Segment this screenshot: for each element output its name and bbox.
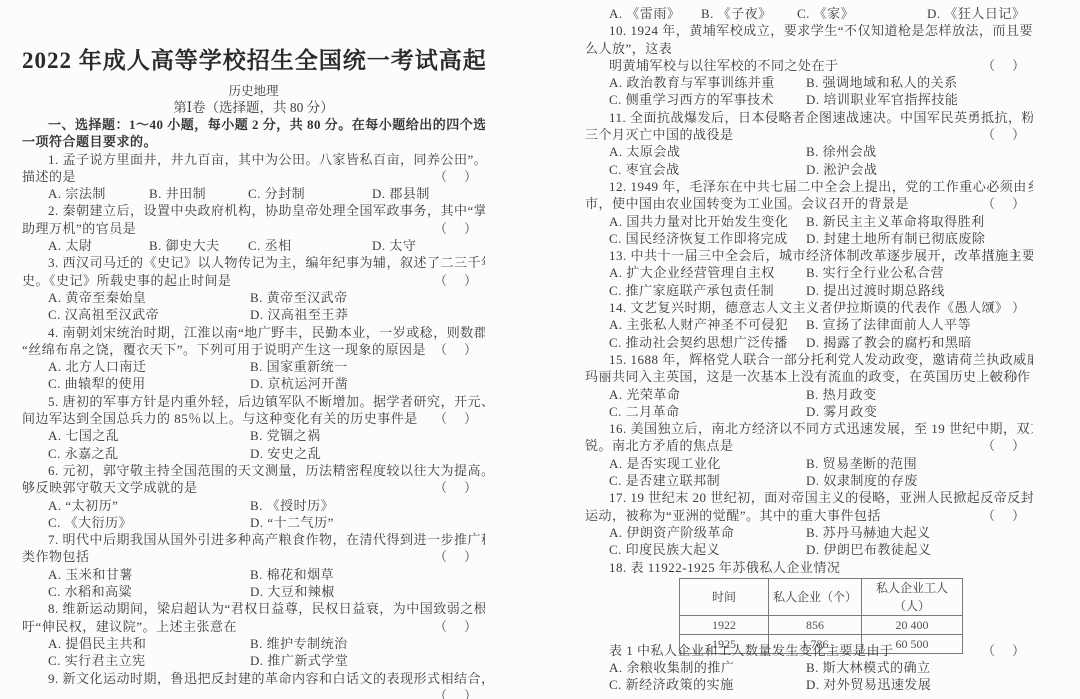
option-b: D. 培训职业军官指挥技能 — [806, 91, 958, 108]
option-a: A. 北方人口南迁 — [48, 358, 250, 375]
answer-bracket: （ ） — [434, 272, 479, 289]
left-questions: 1. 孟子说方里面井，井九百亩，其中为公田。八家皆私百亩，同养公田”。上述内容描… — [22, 151, 485, 699]
question-text: 5. 唐初的军事方针是内重外轻，后边镇军队不断增加。据学者研究，开元、天宝年 — [48, 394, 485, 409]
option-b: B. 黄帝至汉武帝 — [250, 289, 348, 306]
options-row: A. “太初历”B. 《授时历》 — [22, 497, 485, 514]
option-a: A. 黄帝至秦始皇 — [48, 289, 250, 306]
option-a: C. 印度民族大起义 — [609, 541, 806, 558]
option-b: B. 新民主主义革命将取得胜利 — [806, 213, 985, 230]
question-line: 1. 孟子说方里面井，井九百亩，其中为公田。八家皆私百亩，同养公田”。上述内容 — [22, 151, 485, 168]
question-line: 13. 中共十一届三中全会后，城市经济体制改革逐步展开，改革措施主要包括（ ） — [585, 247, 1033, 264]
question-line: 明黄埔军校与以往军校的不同之处在于（ ） — [585, 57, 1033, 74]
table-row: 192285620 400 — [680, 615, 963, 634]
option-b: D. 汉高祖至王莽 — [250, 306, 348, 323]
question-continuation-line: 么人放”，这表 — [585, 40, 1033, 57]
option-a: C. 新经济政策的实施 — [609, 676, 806, 693]
question-continuation-line: 间边军达到全国总兵力的 85％以上。与这种变化有关的历史事件是（ ） — [22, 410, 485, 427]
option-a: A. 国共力量对比开始发生变化 — [609, 213, 806, 230]
question-continuation-line: 玛丽共同入主英国，这是一次基本上没有流血的政变，在英国历史上被称作（ ） — [585, 368, 1033, 385]
question-18-table-wrap: 时间私人企业（个）私人企业工人（人）192285620 40019251 786… — [585, 576, 1033, 642]
option-d: D. 太守 — [372, 237, 416, 254]
question-text: 类作物包括 — [22, 549, 90, 564]
option-b: D. 揭露了教会的腐朽和黑暗 — [806, 334, 972, 351]
option-b: B. 维护专制统治 — [250, 635, 348, 652]
answer-bracket: （ ） — [434, 341, 479, 358]
option-a: A. 余粮收集制的推广 — [609, 659, 806, 676]
option-d: D. 郡县制 — [372, 185, 430, 202]
question-text: 1. 孟子说方里面井，井九百亩，其中为公田。八家皆私百亩，同养公田”。上述内容 — [48, 152, 485, 167]
answer-bracket: （ ） — [982, 368, 1027, 385]
option-b: B. 实行全行业公私合营 — [806, 264, 944, 281]
option-b: B. 宣扬了法律面前人人平等 — [806, 316, 971, 333]
question-continuation-line: 运动，被称为“亚洲的觉醒”。其中的重大事件包括（ ） — [585, 507, 1033, 524]
option-a: A. 光荣革命 — [609, 386, 806, 403]
answer-bracket: （ ） — [982, 642, 1027, 659]
instructions-line-2: 一项符合题目要求的。 — [22, 133, 485, 150]
instructions-line-1: 一、选择题：1～40 小题，每小题 2 分，共 80 分。在每小题给出的四个选项… — [22, 116, 485, 133]
question-text: 吁“伸民权，建议院”。上述主张意在 — [22, 619, 237, 634]
options-row: C. 永嘉之乱D. 安史之乱 — [22, 445, 485, 462]
question-text: 12. 1949 年，毛泽东在中共七届二中全会上提出，党的工作重心必须由乡村转移… — [609, 179, 1033, 194]
option-a: C. 实行君主立宪 — [48, 652, 250, 669]
table-header-cell: 私人企业工人（人） — [862, 578, 963, 615]
option-b: D. 大豆和辣椒 — [250, 583, 335, 600]
options-row: A. 北方人口南迁B. 国家重新统一 — [22, 358, 485, 375]
answer-bracket: （ ） — [982, 507, 1027, 524]
question-text: “丝绵布帛之饶，覆衣天下”。下列可用于说明产生这一现象的原因是 — [22, 342, 426, 357]
question-text: 17. 19 世纪末 20 世纪初，面对帝国主义的侵略，亚洲人民掀起反帝反封建的… — [609, 490, 1033, 505]
question-line: 5. 唐初的军事方针是内重外轻，后边镇军队不断增加。据学者研究，开元、天宝年 — [22, 393, 485, 410]
exam-subject: 历史地理 — [22, 83, 485, 99]
option-b: B. 党锢之祸 — [250, 427, 321, 444]
options-row: A. 光荣革命B. 热月政变 — [585, 386, 1033, 403]
question-text: 16. 美国独立后，南北方经济以不同方式迅速发展，至 19 世纪中期，双方矛盾日… — [609, 421, 1033, 436]
table-cell: 856 — [769, 615, 862, 634]
options-row: A. 《雷雨》B. 《子夜》C. 《家》D. 《狂人日记》 — [585, 5, 1033, 22]
option-c: C. 分封制 — [248, 185, 372, 202]
exam-paper: 2022 年成人高等学校招生全国统一考试高起点 历史地理 第Ⅰ卷（选择题，共 8… — [0, 0, 1080, 699]
options-row: C. 枣宜会战D. 淞沪会战 — [585, 161, 1033, 178]
option-c: C. 丞相 — [248, 237, 372, 254]
options-row: A. 宗法制B. 井田制C. 分封制D. 郡县制 — [22, 185, 485, 202]
option-b: D. 对外贸易迅速发展 — [806, 676, 931, 693]
option-b: B. 井田制 — [149, 185, 248, 202]
option-a: A. 是否实现工业化 — [609, 455, 806, 472]
question-line: 17. 19 世纪末 20 世纪初，面对帝国主义的侵略，亚洲人民掀起反帝反封建的… — [585, 489, 1033, 506]
option-b: B. 苏丹马赫迪大起义 — [806, 524, 931, 541]
question-text: 市，使中国由农业国转变为工业国。会议召开的背景是 — [585, 196, 909, 211]
option-b: B. 棉花和烟草 — [250, 566, 334, 583]
question-text: 间边军达到全国总兵力的 85％以上。与这种变化有关的历史事件是 — [22, 411, 418, 426]
option-b: D. 京杭运河开凿 — [250, 375, 348, 392]
question-continuation-line: 类作物包括（ ） — [22, 548, 485, 565]
option-b: B. 强调地域和私人的关系 — [806, 74, 958, 91]
option-b: D. 安史之乱 — [250, 445, 321, 462]
option-b: B. 贸易垄断的范围 — [806, 455, 917, 472]
options-row: C. 汉高祖至汉武帝D. 汉高祖至王莽 — [22, 306, 485, 323]
option-b: B. 国家重新统一 — [250, 358, 348, 375]
question-text: 13. 中共十一届三中全会后，城市经济体制改革逐步展开，改革措施主要包括 — [609, 248, 1033, 263]
question-line: 3. 西汉司马迁的《史记》以人物传记为主，编年纪事为辅，叙述了二三千年间的历 — [22, 254, 485, 271]
table-header-cell: 私人企业（个） — [769, 578, 862, 615]
option-a: A. 太原会战 — [609, 143, 806, 160]
question-text: 3. 西汉司马迁的《史记》以人物传记为主，编年纪事为辅，叙述了二三千年间的历 — [48, 255, 485, 270]
question-continuation-line: （ ） — [22, 687, 485, 699]
option-a: A. 玉米和甘薯 — [48, 566, 250, 583]
options-row: C. 侧重学习西方的军事技术D. 培训职业军官指挥技能 — [585, 91, 1033, 108]
question-continuation-line: 史。《史记》所载史事的起止时间是（ ） — [22, 272, 485, 289]
question-continuation-line: “丝绵布帛之饶，覆衣天下”。下列可用于说明产生这一现象的原因是（ ） — [22, 341, 485, 358]
answer-bracket: （ ） — [982, 247, 1027, 264]
question-continuation-line: 市，使中国由农业国转变为工业国。会议召开的背景是（ ） — [585, 195, 1033, 212]
option-a: A. 《雷雨》 — [609, 5, 701, 22]
option-b: D. 淞沪会战 — [806, 161, 877, 178]
question-text: 15. 1688 年，辉格党人联合一部分托利党人发动政变，邀请荷兰执政威廉和他的… — [609, 352, 1033, 367]
question-text: 表 1 中私人企业和工人数量发生变化主要是由于 — [609, 643, 894, 658]
question-line: 18. 表 11922-1925 年苏俄私人企业情况 — [585, 559, 1033, 576]
option-b: D. 提出过渡时期总路线 — [806, 282, 945, 299]
options-row: C. 《大衍历》D. “十二气历” — [22, 514, 485, 531]
options-row: C. 二月革命D. 雾月政变 — [585, 403, 1033, 420]
option-b: B. 御史大夫 — [149, 237, 248, 254]
option-a: C. 国民经济恢复工作即将完成 — [609, 230, 806, 247]
options-row: A. 太原会战B. 徐州会战 — [585, 143, 1033, 160]
answer-bracket: （ ） — [982, 57, 1027, 74]
question-continuation-line: 吁“伸民权，建议院”。上述主张意在（ ） — [22, 618, 485, 635]
question-text: 14. 文艺复兴时期，德意志人文主义者伊拉斯谟的代表作《愚人颂》 — [609, 300, 1009, 315]
question-line: 表 1 中私人企业和工人数量发生变化主要是由于（ ） — [585, 642, 1033, 659]
table-cell: 1922 — [680, 615, 769, 634]
option-a: C. 曲辕犁的使用 — [48, 375, 250, 392]
options-row: A. 是否实现工业化B. 贸易垄断的范围 — [585, 455, 1033, 472]
question-text: 玛丽共同入主英国，这是一次基本上没有流血的政变，在英国历史上被称作 — [585, 369, 1031, 384]
question-text: 描述的是 — [22, 169, 76, 184]
option-a: C. 推动社会契约思想广泛传播 — [609, 334, 806, 351]
options-row: A. 国共力量对比开始发生变化B. 新民主主义革命将取得胜利 — [585, 213, 1033, 230]
options-row: C. 是否建立联邦制D. 奴隶制度的存废 — [585, 472, 1033, 489]
question-line: 14. 文艺复兴时期，德意志人文主义者伊拉斯谟的代表作《愚人颂》（ ） — [585, 299, 1033, 316]
answer-bracket: （ ） — [434, 548, 479, 565]
options-row: A. 黄帝至秦始皇B. 黄帝至汉武帝 — [22, 289, 485, 306]
answer-bracket: （ ） — [434, 410, 479, 427]
question-text: 够反映郭守敬天文学成就的是 — [22, 480, 198, 495]
option-b: B. 热月政变 — [806, 386, 877, 403]
option-a: A. 七国之乱 — [48, 427, 250, 444]
option-b: B. 《子夜》 — [701, 5, 797, 22]
options-row: C. 推动社会契约思想广泛传播D. 揭露了教会的腐朽和黑暗 — [585, 334, 1033, 351]
question-text: 11. 全面抗战爆发后，日本侵略者企图速战速决。中国军民英勇抵抗，粉碎日寇妄图 — [609, 110, 1033, 125]
options-row: C. 新经济政策的实施D. 对外贸易迅速发展 — [585, 676, 1033, 693]
options-row: C. 推广家庭联产承包责任制D. 提出过渡时期总路线 — [585, 282, 1033, 299]
question-continuation-line: 锐。南北方矛盾的焦点是（ ） — [585, 437, 1033, 454]
table-cell: 20 400 — [862, 615, 963, 634]
answer-bracket: （ ） — [434, 479, 479, 496]
question-continuation-line: 描述的是（ ） — [22, 168, 485, 185]
question-text: 么人放”，这表 — [585, 41, 672, 56]
option-a: C. 二月革命 — [609, 403, 806, 420]
options-row: A. 扩大企业经营管理自主权B. 实行全行业公私合营 — [585, 264, 1033, 281]
option-a: C. 侧重学习西方的军事技术 — [609, 91, 806, 108]
options-row: A. 政治教育与军事训练并重B. 强调地域和私人的关系 — [585, 74, 1033, 91]
option-a: A. 政治教育与军事训练并重 — [609, 74, 806, 91]
options-row: C. 实行君主立宪D. 推广新式学堂 — [22, 652, 485, 669]
option-a: A. 主张私人财产神圣不可侵犯 — [609, 316, 806, 333]
option-c: C. 《家》 — [797, 5, 927, 22]
answer-bracket: （ ） — [982, 195, 1027, 212]
option-a: C. 枣宜会战 — [609, 161, 806, 178]
section-heading: 第Ⅰ卷（选择题，共 80 分） — [22, 99, 485, 116]
question-text: 史。《史记》所载史事的起止时间是 — [22, 273, 232, 288]
option-a: A. “太初历” — [48, 497, 250, 514]
option-a: A. 宗法制 — [48, 185, 149, 202]
question-text: 运动，被称为“亚洲的觉醒”。其中的重大事件包括 — [585, 508, 881, 523]
question-text: 8. 维新运动期间，梁启超认为“君权日益尊，民权日益衰，为中国致弱之根原”，呼 — [48, 601, 485, 616]
option-a: A. 提倡民主共和 — [48, 635, 250, 652]
options-row: A. 太尉B. 御史大夫C. 丞相D. 太守 — [22, 237, 485, 254]
options-row: A. 玉米和甘薯B. 棉花和烟草 — [22, 566, 485, 583]
options-row: C. 国民经济恢复工作即将完成D. 封建土地所有制已彻底废除 — [585, 230, 1033, 247]
options-row: A. 主张私人财产神圣不可侵犯B. 宣扬了法律面前人人平等 — [585, 316, 1033, 333]
question-continuation-line: 三个月灭亡中国的战役是（ ） — [585, 126, 1033, 143]
question-line: 4. 南朝刘宋统治时期，江淮以南“地广野丰，民勤本业，一岁或稔，则数郡忘饥” — [22, 324, 485, 341]
options-row: A. 余粮收集制的推广B. 斯大林模式的确立 — [585, 659, 1033, 676]
option-a: A. 扩大企业经营管理自主权 — [609, 264, 806, 281]
answer-bracket: （ ） — [434, 168, 479, 185]
question-text: 明黄埔军校与以往军校的不同之处在于 — [609, 58, 839, 73]
exam-title: 2022 年成人高等学校招生全国统一考试高起点 — [22, 36, 485, 83]
option-a: A. 太尉 — [48, 237, 149, 254]
question-text: 7. 明代中后期我国从国外引进多种高产粮食作物，在清代得到进一步推广种植。此 — [48, 532, 485, 547]
question-text: 2. 秦朝建立后，设置中央政府机构，协助皇帝处理全国军政事务，其中“掌丞天子 — [48, 203, 485, 218]
option-b: B. 斯大林模式的确立 — [806, 659, 931, 676]
question-line: 16. 美国独立后，南北方经济以不同方式迅速发展，至 19 世纪中期，双方矛盾日… — [585, 420, 1033, 437]
right-column: A. 《雷雨》B. 《子夜》C. 《家》D. 《狂人日记》10. 1924 年，… — [585, 5, 1033, 699]
question-line: 9. 新文化运动时期，鲁迅把反封建的革命内容和白话文的表现形式相结合，创作出 — [22, 670, 485, 687]
options-row: A. 七国之乱B. 党锢之祸 — [22, 427, 485, 444]
option-b: D. 封建土地所有制已彻底废除 — [806, 230, 985, 247]
question-text: 助理万机”的官员是 — [22, 221, 136, 236]
option-d: D. 《狂人日记》 — [927, 5, 1025, 22]
option-b: B. 徐州会战 — [806, 143, 877, 160]
option-b: B. 《授时历》 — [250, 497, 334, 514]
options-row: C. 水稻和高粱D. 大豆和辣椒 — [22, 583, 485, 600]
answer-bracket: （ ） — [982, 299, 1027, 316]
option-a: C. 汉高祖至汉武帝 — [48, 306, 250, 323]
option-b: D. 雾月政变 — [806, 403, 877, 420]
question-text: 18. 表 11922-1925 年苏俄私人企业情况 — [609, 560, 840, 575]
question-continuation-line: 够反映郭守敬天文学成就的是（ ） — [22, 479, 485, 496]
option-a: C. 《大衍历》 — [48, 514, 250, 531]
option-a: C. 水稻和高粱 — [48, 583, 250, 600]
question-line: 10. 1924 年，黄埔军校成立，要求学生“不仅知道枪是怎样放法，而且要知道枪… — [585, 22, 1033, 39]
question-line: 12. 1949 年，毛泽东在中共七届二中全会上提出，党的工作重心必须由乡村转移… — [585, 178, 1033, 195]
option-a: C. 是否建立联邦制 — [609, 472, 806, 489]
options-row: A. 提倡民主共和B. 维护专制统治 — [22, 635, 485, 652]
option-b: D. “十二气历” — [250, 514, 334, 531]
question-text: 10. 1924 年，黄埔军校成立，要求学生“不仅知道枪是怎样放法，而且要知道枪… — [609, 23, 1033, 38]
option-a: C. 推广家庭联产承包责任制 — [609, 282, 806, 299]
question-text: 6. 元初，郭守敬主持全国范围的天文测量，历法精密程度较以往大为提高。下列能 — [48, 463, 485, 478]
question-line: 7. 明代中后期我国从国外引进多种高产粮食作物，在清代得到进一步推广种植。此 — [22, 531, 485, 548]
left-column: 2022 年成人高等学校招生全国统一考试高起点 历史地理 第Ⅰ卷（选择题，共 8… — [22, 36, 485, 699]
question-line: 2. 秦朝建立后，设置中央政府机构，协助皇帝处理全国军政事务，其中“掌丞天子 — [22, 202, 485, 219]
question-line: 8. 维新运动期间，梁启超认为“君权日益尊，民权日益衰，为中国致弱之根原”，呼 — [22, 600, 485, 617]
question-line: 11. 全面抗战爆发后，日本侵略者企图速战速决。中国军民英勇抵抗，粉碎日寇妄图 — [585, 109, 1033, 126]
option-a: C. 永嘉之乱 — [48, 445, 250, 462]
question-line: 6. 元初，郭守敬主持全国范围的天文测量，历法精密程度较以往大为提高。下列能 — [22, 462, 485, 479]
answer-bracket: （ ） — [434, 618, 479, 635]
option-a: A. 伊朗资产阶级革命 — [609, 524, 806, 541]
options-row: C. 曲辕犁的使用D. 京杭运河开凿 — [22, 375, 485, 392]
answer-bracket: （ ） — [434, 220, 479, 237]
answer-bracket: （ ） — [434, 687, 479, 699]
question-text: 锐。南北方矛盾的焦点是 — [585, 438, 734, 453]
question-text: 4. 南朝刘宋统治时期，江淮以南“地广野丰，民勤本业，一岁或稔，则数郡忘饥” — [48, 325, 485, 340]
answer-bracket: （ ） — [982, 126, 1027, 143]
table-header-cell: 时间 — [680, 578, 769, 615]
question-text: 三个月灭亡中国的战役是 — [585, 127, 734, 142]
question-text: 9. 新文化运动时期，鲁迅把反封建的革命内容和白话文的表现形式相结合，创作出 — [48, 671, 485, 686]
option-b: D. 奴隶制度的存废 — [806, 472, 918, 489]
options-row: C. 印度民族大起义D. 伊朗巴布教徒起义 — [585, 541, 1033, 558]
options-row: A. 伊朗资产阶级革命B. 苏丹马赫迪大起义 — [585, 524, 1033, 541]
question-line: 15. 1688 年，辉格党人联合一部分托利党人发动政变，邀请荷兰执政威廉和他的… — [585, 351, 1033, 368]
option-b: D. 推广新式学堂 — [250, 652, 348, 669]
question-continuation-line: 助理万机”的官员是（ ） — [22, 220, 485, 237]
answer-bracket: （ ） — [982, 437, 1027, 454]
option-b: D. 伊朗巴布教徒起义 — [806, 541, 931, 558]
